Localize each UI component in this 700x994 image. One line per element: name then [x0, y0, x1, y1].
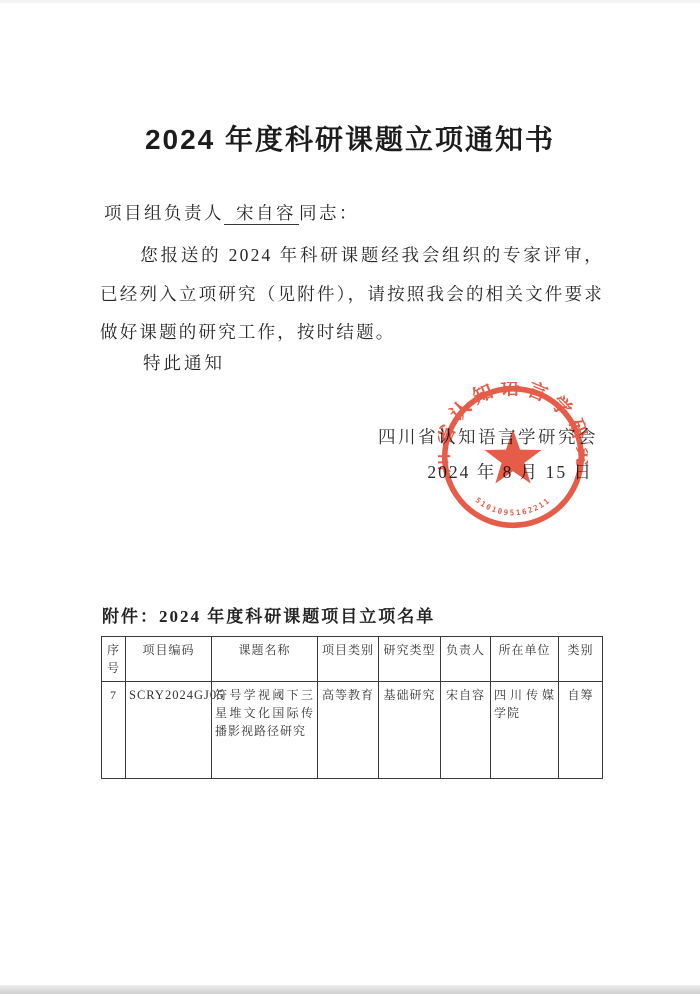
header-research-type: 研究类型: [379, 637, 441, 682]
cell-leader: 宋自容: [441, 682, 491, 779]
closing-line: 特此通知: [143, 350, 225, 375]
header-project-title: 课题名称: [212, 637, 318, 682]
notice-body-paragraph: 您报送的 2024 年科研课题经我会组织的专家评审，已经列入立项研究（见附件），…: [100, 236, 604, 352]
attachment-heading: 附件：2024 年度科研课题项目立项名单: [102, 602, 435, 627]
salutation-prefix: 项目组负责人: [104, 203, 224, 223]
seal-serial-number: 5101095162211: [474, 496, 553, 518]
official-seal: 四川省认知语言学研究会 5101095162211: [438, 382, 588, 532]
seal-star-icon: [485, 429, 542, 483]
cell-funding-type: 自筹: [559, 682, 603, 779]
header-affiliation: 所在单位: [491, 637, 559, 682]
document-page: 2024 年度科研课题立项通知书 项目组负责人宋自容同志： 您报送的 2024 …: [0, 0, 700, 994]
cell-project-code: SCRY2024GJ05: [126, 682, 212, 779]
project-leader-name: 宋自容: [224, 203, 299, 225]
page-edge-top: [0, 0, 700, 3]
svg-text:5101095162211: 5101095162211: [474, 496, 553, 518]
cell-research-type: 基础研究: [379, 682, 441, 779]
cell-affiliation: 四川传媒学院: [491, 682, 559, 779]
salutation-suffix: 同志：: [299, 203, 359, 223]
header-funding-type: 类别: [559, 637, 603, 682]
cell-project-category: 高等教育: [318, 682, 379, 779]
cell-serial-no: 7: [102, 682, 126, 779]
header-leader: 负责人: [441, 637, 491, 682]
cell-project-title: 符号学视阈下三星堆文化国际传播影视路径研究: [212, 682, 318, 779]
header-serial-no: 序号: [102, 637, 126, 682]
header-project-category: 项目类别: [318, 637, 379, 682]
header-project-code: 项目编码: [126, 637, 212, 682]
page-edge-bottom: [0, 985, 700, 994]
salutation-line: 项目组负责人宋自容同志：: [104, 200, 359, 225]
table-row: 7 SCRY2024GJ05 符号学视阈下三星堆文化国际传播影视路径研究 高等教…: [102, 682, 603, 779]
table-header-row: 序号 项目编码 课题名称 项目类别 研究类型 负责人 所在单位 类别: [102, 637, 603, 682]
document-title: 2024 年度科研课题立项通知书: [0, 118, 700, 158]
attachment-table: 序号 项目编码 课题名称 项目类别 研究类型 负责人 所在单位 类别 7 SCR…: [101, 636, 603, 779]
